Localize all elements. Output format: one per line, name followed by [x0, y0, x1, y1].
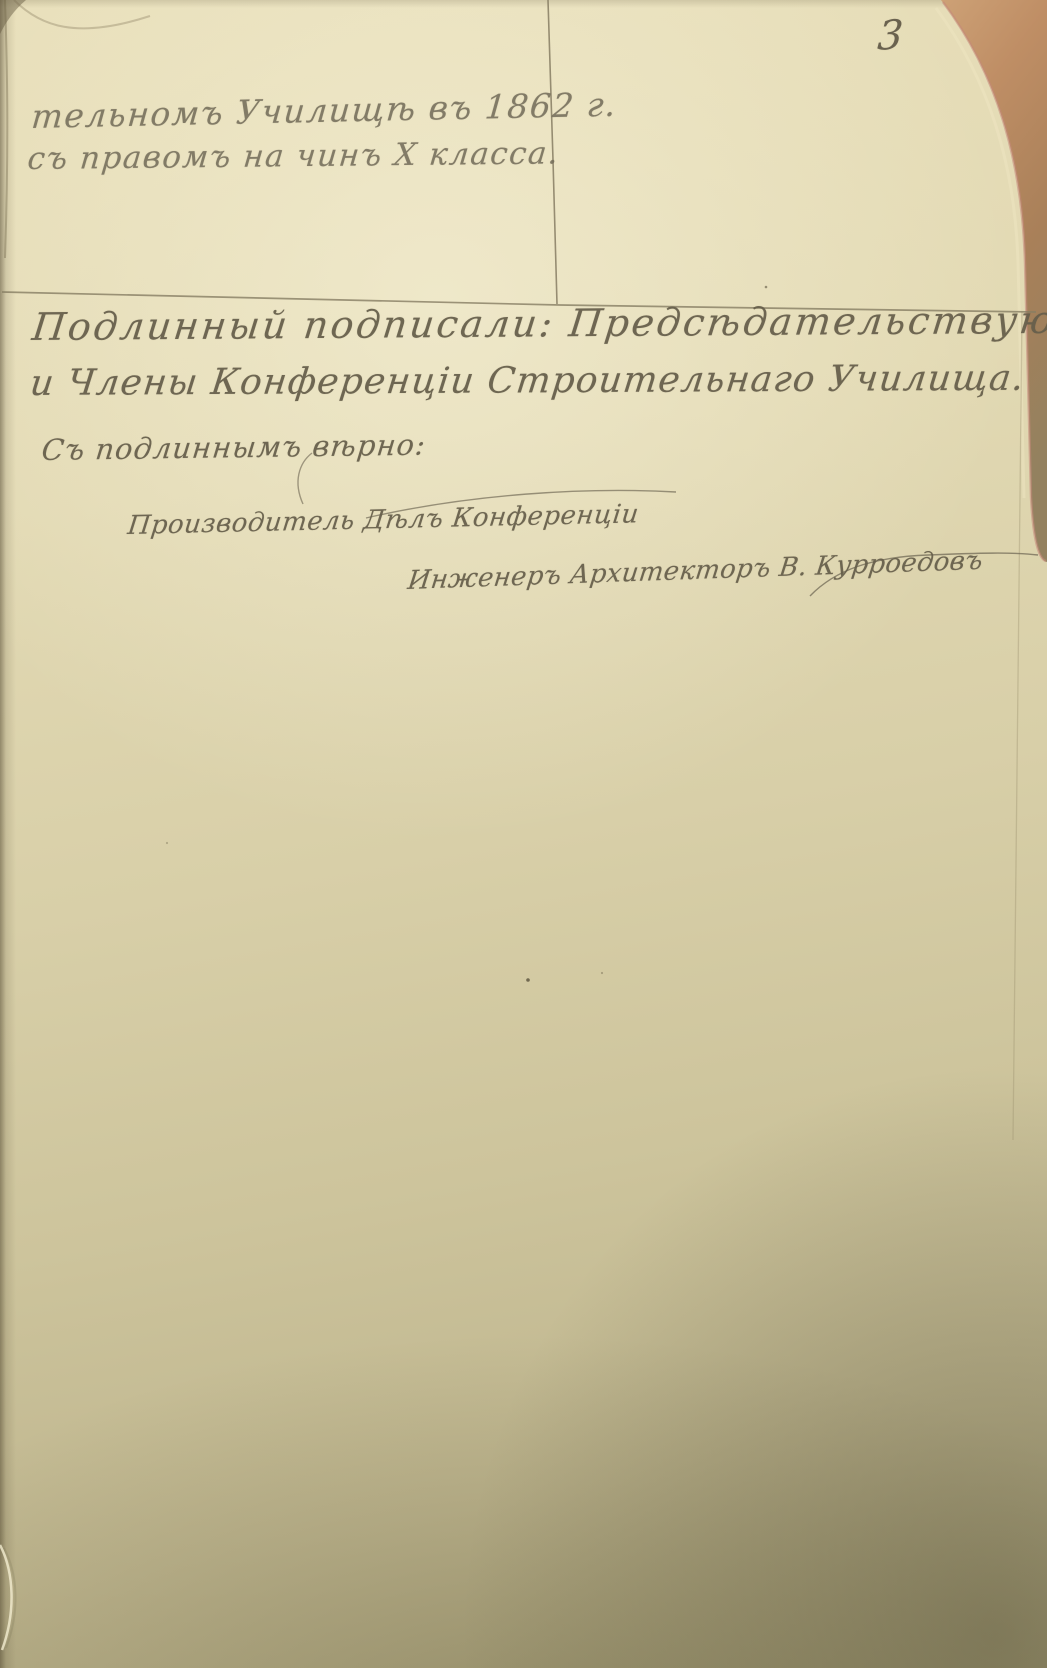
attestation-line-2: и Члены Конференціи Строительнаго Училищ… — [28, 358, 1027, 404]
handwritten-fragment-line-2: съ правомъ на чинъ X класса. — [26, 135, 561, 177]
corner-smudge — [0, 0, 26, 34]
page-number: 3 — [876, 12, 905, 60]
scan-artifacts-layer — [0, 0, 1047, 1668]
crease-line-diagonal — [14, 0, 150, 28]
ink-speck — [526, 978, 530, 982]
scanned-document-photo: 3 тельномъ Училищѣ въ 1862 г. съ правомъ… — [0, 0, 1047, 1668]
attestation-line-1: Подлинный подписали: Предсѣдательствующі… — [30, 297, 1047, 349]
ink-speck — [166, 842, 168, 844]
certification-line: Съ подлиннымъ вѣрно: — [40, 428, 428, 467]
right-margin-rule-line — [1013, 312, 1022, 1140]
ink-speck — [601, 972, 603, 974]
crease-line-left-fold — [5, 0, 7, 258]
ink-speck — [765, 286, 768, 289]
crease-shadow-bottom-left — [4, 1548, 16, 1648]
